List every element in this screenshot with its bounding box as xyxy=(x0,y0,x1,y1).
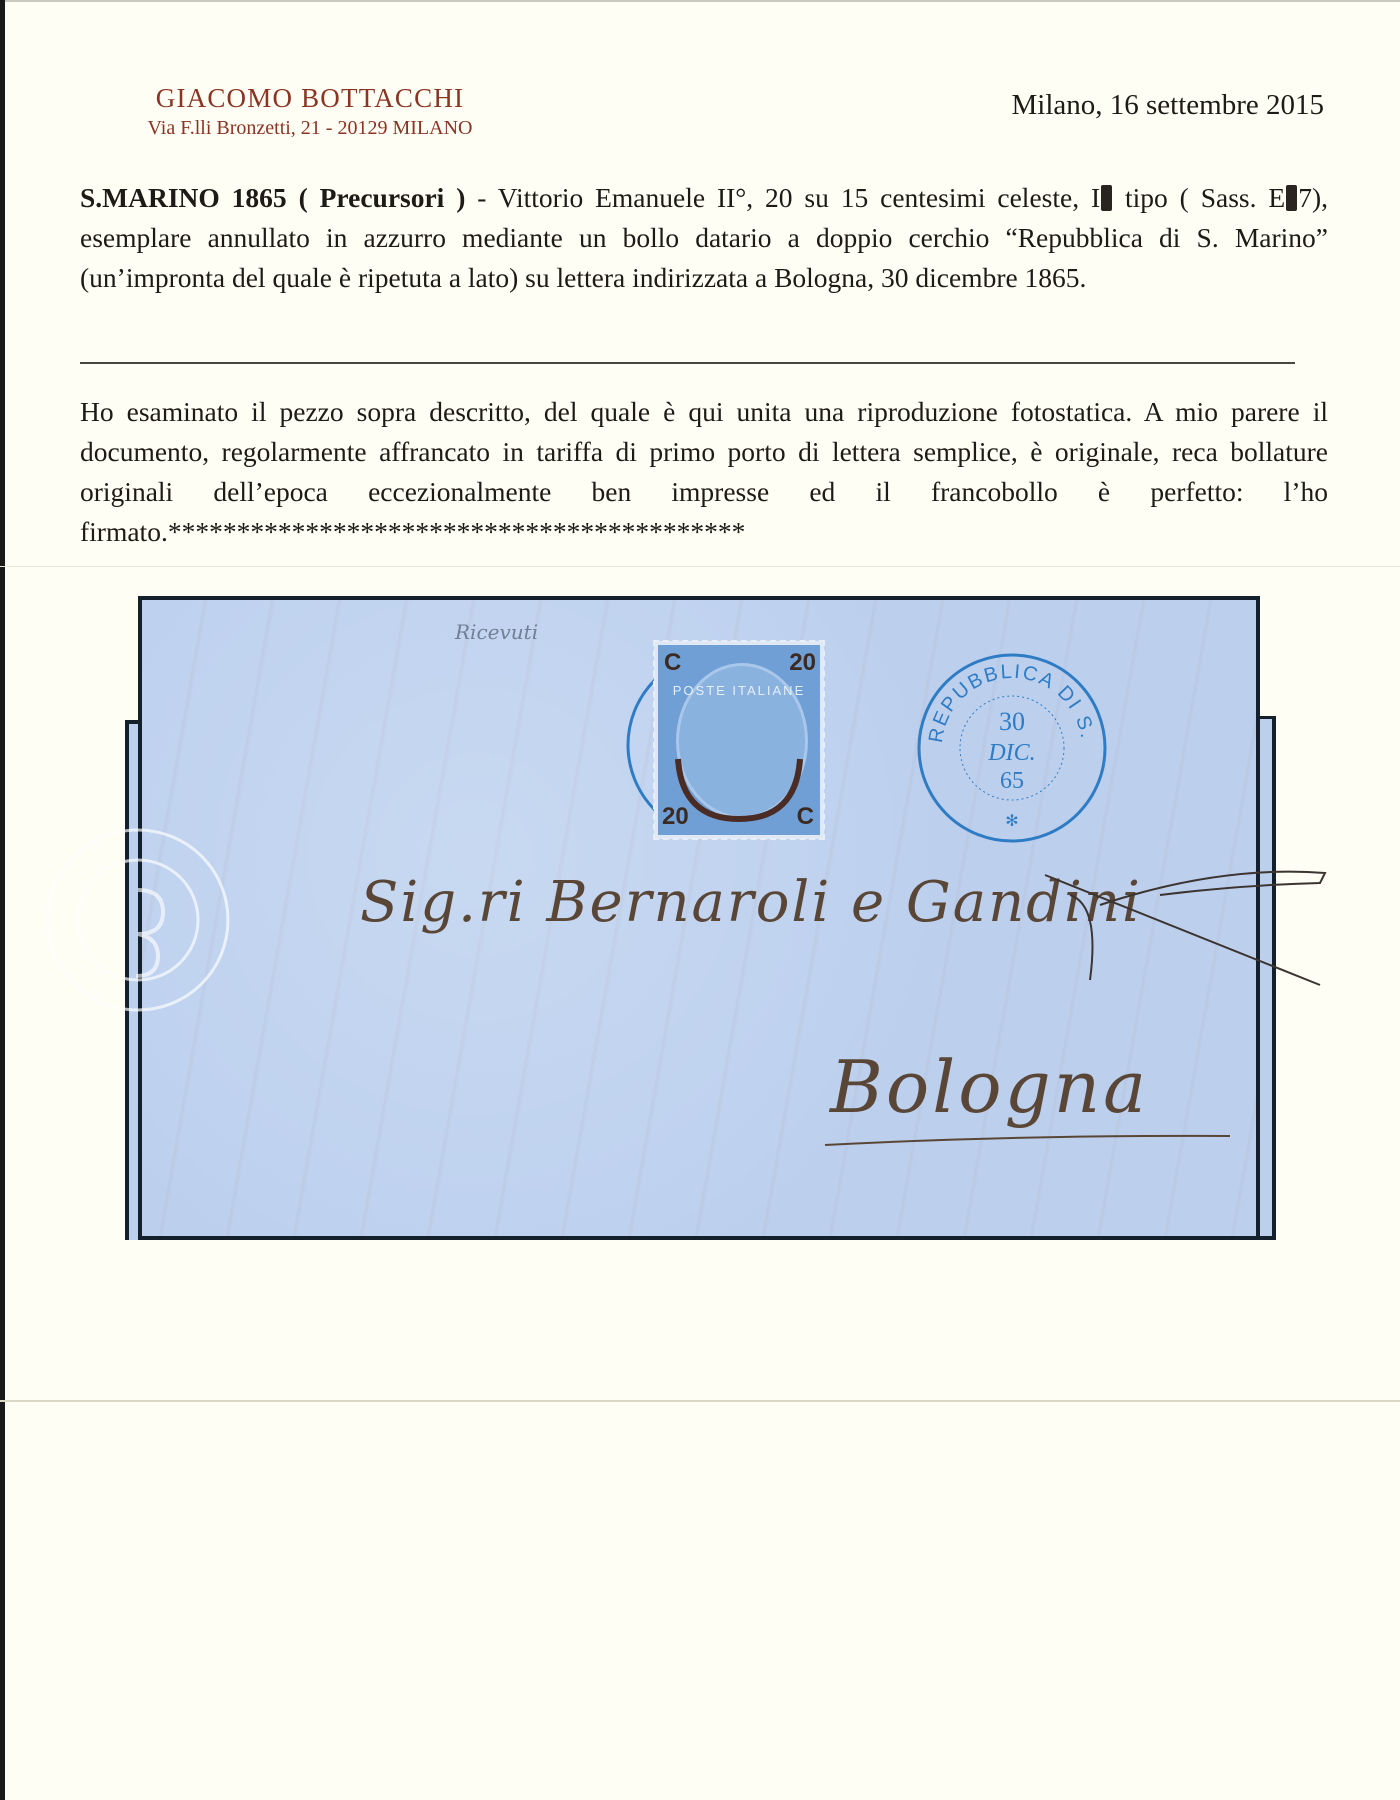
paper-fold-line xyxy=(0,566,1400,567)
destination-handwriting: Bologna xyxy=(830,1045,1149,1129)
expert-address: Via F.lli Bronzetti, 21 - 20129 MILANO xyxy=(80,114,540,142)
surcharge-corner: 20 xyxy=(789,649,816,677)
section-divider xyxy=(80,362,1295,364)
svg-text:✻: ✻ xyxy=(1005,811,1018,830)
handwritten-note: Ricevuti xyxy=(455,620,538,644)
page-edge-top xyxy=(0,0,1400,2)
stamp-inscription: POSTE ITALIANE xyxy=(658,683,820,698)
expert-name: GIACOMO BOTTACCHI xyxy=(80,82,540,114)
date-postmark-icon: REPUBBLICA DI S. MARINO 30 DIC. 65 ✻ xyxy=(912,648,1112,848)
emboss-seal-icon xyxy=(38,820,238,1020)
redaction-mark xyxy=(1101,185,1112,211)
svg-text:30: 30 xyxy=(999,707,1025,736)
svg-text:DIC.: DIC. xyxy=(987,740,1035,766)
paper-fold-line xyxy=(0,1400,1400,1402)
underline-stroke xyxy=(820,1130,1240,1150)
addressee-handwriting: Sig.ri Bernaroli e Gandini xyxy=(360,870,1142,935)
item-title: S.MARINO 1865 ( Precursori ) xyxy=(80,182,465,213)
certificate-date: Milano, 16 settembre 2015 xyxy=(1011,89,1324,122)
redaction-mark xyxy=(1286,185,1297,211)
horseshoe-overprint-icon xyxy=(672,755,806,825)
page-edge-left xyxy=(0,0,5,1800)
surcharge-corner: C xyxy=(664,649,681,677)
expert-opinion: Ho esaminato il pezzo sopra descritto, d… xyxy=(80,392,1328,552)
cross-mark-icon xyxy=(1040,865,1340,1005)
svg-text:65: 65 xyxy=(1000,768,1024,794)
item-description: S.MARINO 1865 ( Precursori ) - Vittorio … xyxy=(80,178,1328,298)
surcharge-corner: 20 xyxy=(662,803,689,831)
surcharge-corner: C xyxy=(797,803,814,831)
letterhead: GIACOMO BOTTACCHI Via F.lli Bronzetti, 2… xyxy=(80,82,540,142)
postage-stamp: POSTE ITALIANE C 20 20 C xyxy=(658,645,820,835)
